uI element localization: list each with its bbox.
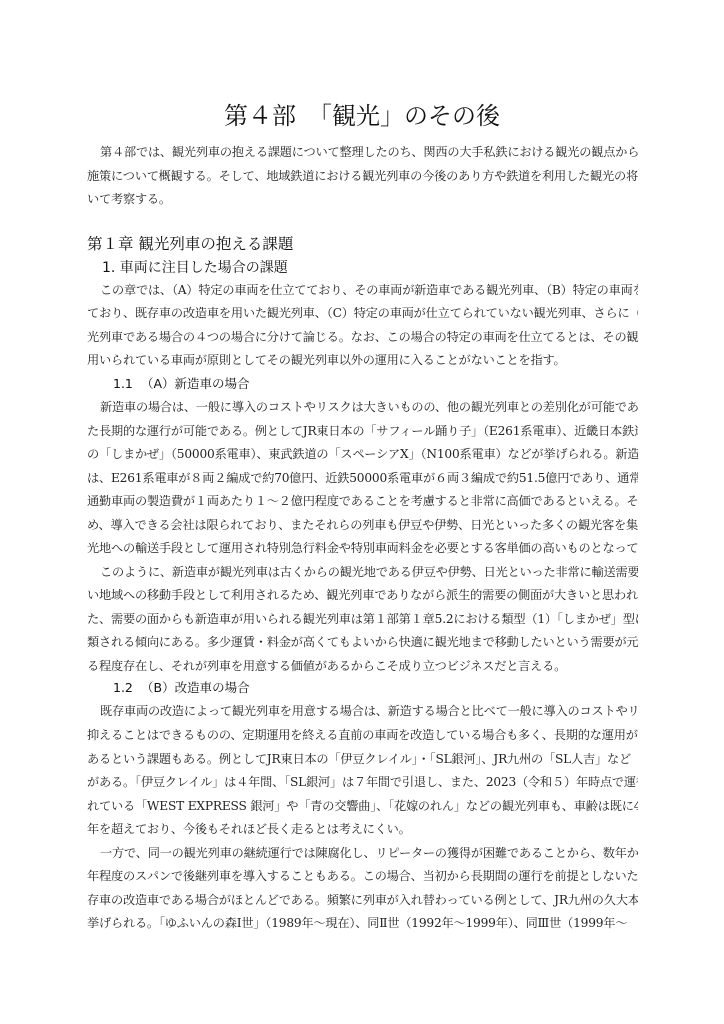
paragraph-line: がある。「伊豆クレイル」は４年間、「SL銀河」は７年間で引退し、また、2023（… bbox=[87, 771, 638, 793]
paragraph-line: 類される傾向にある。多少運賃・料金が高くてもよいから快適に観光地まで移動したいと… bbox=[87, 631, 638, 653]
paragraph-line: た長期的な運行が可能である。例としてJR東日本の「サフィール踊り子」（E261系… bbox=[87, 420, 638, 442]
paragraph-line: 光列車である場合の４つの場合に分けて論じる。なお、この場合の特定の車両を仕立てる… bbox=[87, 326, 638, 348]
paragraph-line: は、E261系電車が８両２編成で約70億円、近鉄50000系電車が６両３編成で約… bbox=[87, 467, 638, 489]
paragraph-line: め、導入できる会社は限られており、またそれらの列車も伊豆や伊勢、日光といった多く… bbox=[87, 514, 638, 536]
document-page: 第４部 「観光」のその後 第４部では、観光列車の抱える課題について整理したのち、… bbox=[0, 0, 724, 1024]
paragraph-line: い地域への移動手段として利用されるため、観光列車でありながら派生的需要の側面が大… bbox=[87, 584, 638, 606]
paragraph-line: れている「WEST EXPRESS 銀河」や「青の交響曲」、「花嫁のれん」などの… bbox=[87, 795, 638, 817]
paragraph-line: このように、新造車が観光列車は古くからの観光地である伊豆や伊勢、日光といった非常… bbox=[100, 561, 638, 583]
chapter-heading: 第１章 観光列車の抱える課題 bbox=[87, 233, 293, 255]
paragraph-line: 用いられている車両が原則としてその観光列車以外の運用に入ることがないことを指す。 bbox=[87, 349, 638, 371]
paragraph-line: 光地への輸送手段として運用され特別急行料金や特別車両料金を必要とする客単価の高い… bbox=[87, 537, 638, 559]
paragraph-line: 一方で、同一の観光列車の継続運行では陳腐化し、リピーターの獲得が困難であることか… bbox=[100, 842, 638, 864]
paragraph-line: この章では、（A）特定の車両を仕立てており、その車両が新造車である観光列車、（B… bbox=[100, 279, 638, 301]
paragraph-line: 存車の改造車である場合がほとんどである。頻繁に列車が入れ替わっている例として、J… bbox=[87, 889, 638, 911]
paragraph-line: ており、既存車の改造車を用いた観光列車、（C）特定の車両が仕立てられていない観光… bbox=[87, 302, 638, 324]
paragraph-line: あるという課題もある。例としてJR東日本の「伊豆クレイル」・「SL銀河」、JR九… bbox=[87, 748, 638, 770]
subsection-number: 1.2 bbox=[113, 677, 141, 699]
subsection-heading-1-1: 1.1（A）新造車の場合 bbox=[113, 373, 250, 395]
intro-line: いて考察する。 bbox=[87, 188, 638, 210]
paragraph-line: 挙げられる。「ゆふいんの森Ⅰ世」（1989年～現在）、同Ⅱ世（1992年～199… bbox=[87, 912, 638, 934]
paragraph-line: 抑えることはできるものの、定期運用を終える直前の車両を改造している場合も多く、長… bbox=[87, 724, 638, 746]
page-title: 第４部 「観光」のその後 bbox=[0, 98, 724, 134]
subsection-number: 1.1 bbox=[113, 373, 141, 395]
paragraph-line: た、需要の面からも新造車が用いられる観光列車は第１部第１章5.2における類型（1… bbox=[87, 608, 638, 630]
paragraph-line: の「しまかぜ」（50000系電車）、東武鉄道の「スペーシアX」（N100系電車）… bbox=[87, 443, 638, 465]
intro-line: 第４部では、観光列車の抱える課題について整理したのち、関西の大手私鉄における観光… bbox=[100, 141, 638, 163]
paragraph-line: 年程度のスパンで後継列車を導入することもある。この場合、当初から長期間の運行を前… bbox=[87, 865, 638, 887]
section-heading: 1. 車両に注目した場合の課題 bbox=[102, 257, 288, 279]
intro-line: 施策について概観する。そして、地域鉄道における観光列車の今後のあり方や鉄道を利用… bbox=[87, 165, 638, 187]
paragraph-line: る程度存在し、それが列車を用意する価値があるからこそ成り立つビジネスだと言える。 bbox=[87, 655, 638, 677]
subsection-title: （B）改造車の場合 bbox=[141, 680, 250, 695]
subsection-title: （A）新造車の場合 bbox=[141, 376, 250, 391]
paragraph-line: 年を超えており、今後もそれほど長く走るとは考えにくい。 bbox=[87, 818, 638, 840]
paragraph-line: 既存車両の改造によって観光列車を用意する場合は、新造する場合と比べて一般に導入の… bbox=[100, 700, 638, 722]
paragraph-line: 新造車の場合は、一般に導入のコストやリスクは大きいものの、他の観光列車との差別化… bbox=[100, 396, 638, 418]
paragraph-line: 通勤車両の製造費が１両あたり１～２億円程度であることを考慮すると非常に高価である… bbox=[87, 490, 638, 512]
subsection-heading-1-2: 1.2（B）改造車の場合 bbox=[113, 677, 250, 699]
